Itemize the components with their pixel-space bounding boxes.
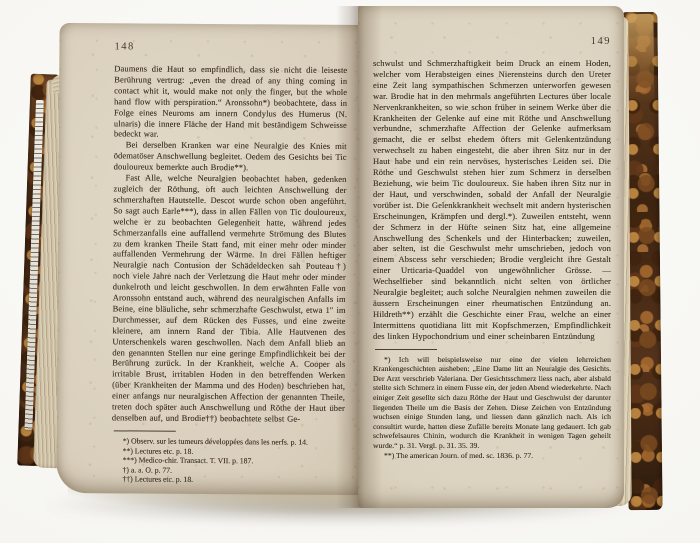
page-number-right: 149 (373, 36, 611, 47)
photo-of-open-book: 148 Daumens die Haut so empfindlich, das… (0, 0, 700, 543)
footnote-rule (114, 430, 176, 431)
paragraph: Daumens die Haut so empfindlich, dass si… (114, 63, 348, 141)
right-page-body: schwulst und Schmerzhaftigkeit beim Druc… (373, 58, 611, 342)
right-page: 149 schwulst und Schmerzhaftigkeit beim … (358, 6, 624, 508)
footnote: **) The american Journ. of med. sc. 1836… (373, 451, 611, 461)
footnote: *) Ich will beispielsweise nur eine der … (373, 355, 611, 451)
paragraph: schwulst und Schmerzhaftigkeit beim Druc… (373, 58, 611, 342)
left-page-body: Daumens die Haut so empfindlich, dass si… (112, 63, 348, 425)
footnote: ††) Lectures etc. p. 18. (111, 475, 344, 486)
paragraph: Bei derselben Kranken war eine Neuralgie… (114, 140, 347, 174)
right-page-footnotes: *) Ich will beispielsweise nur eine der … (373, 355, 611, 461)
footnote-rule (375, 349, 437, 350)
cover-wear-mark (627, 14, 654, 102)
page-number-left: 148 (114, 41, 347, 54)
left-page: 148 Daumens die Haut so empfindlich, das… (56, 23, 361, 495)
paragraph: Fast Alle, welche Neuralgien beobachtet … (112, 172, 347, 424)
left-page-footnotes: *) Observ. sur les tumeurs développées d… (111, 436, 344, 486)
